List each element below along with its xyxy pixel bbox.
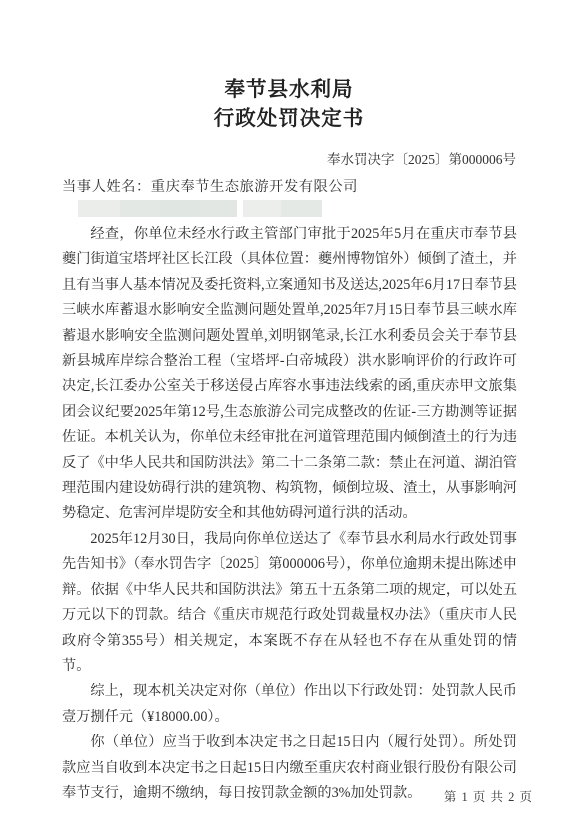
party-line: 当事人姓名：重庆奉节生态旅游开发有限公司 bbox=[62, 176, 358, 196]
paragraph-prior-notice: 2025年12月30日，我局向你单位送达了《奉节县水利局水行政处罚事先告知书》（… bbox=[62, 527, 517, 679]
redaction-segment bbox=[281, 200, 322, 217]
document-body: 经查，你单位未经水行政主管部门审批于2025年5月在重庆市奉节县夔门街道宝塔坪社… bbox=[62, 222, 517, 806]
document-number: 奉水罚决字〔2025〕第000006号 bbox=[327, 148, 516, 168]
page-number-footer: 第 1 页 共 2 页 bbox=[444, 787, 533, 805]
paragraph-penalty-decision: 综上，现本机关决定对你（单位）作出以下行政处罚：处罚款人民币壹万捌仟元（¥180… bbox=[62, 679, 517, 730]
paragraph-findings: 经查，你单位未经水行政主管部门审批于2025年5月在重庆市奉节县夔门街道宝塔坪社… bbox=[62, 222, 517, 527]
redaction-segment bbox=[160, 200, 200, 217]
party-name: 重庆奉节生态旅游开发有限公司 bbox=[151, 179, 358, 195]
redaction-segment bbox=[78, 200, 120, 217]
party-label: 当事人姓名： bbox=[62, 179, 151, 195]
redaction-bar bbox=[78, 200, 322, 217]
document-page: 奉节县水利局 行政处罚决定书 奉水罚决字〔2025〕第000006号 当事人姓名… bbox=[0, 0, 578, 822]
document-subtitle: 行政处罚决定书 bbox=[0, 101, 578, 131]
redaction-segment bbox=[200, 200, 237, 217]
document-title: 奉节县水利局 bbox=[0, 72, 578, 102]
redaction-segment bbox=[243, 200, 281, 217]
redaction-segment bbox=[120, 200, 160, 217]
